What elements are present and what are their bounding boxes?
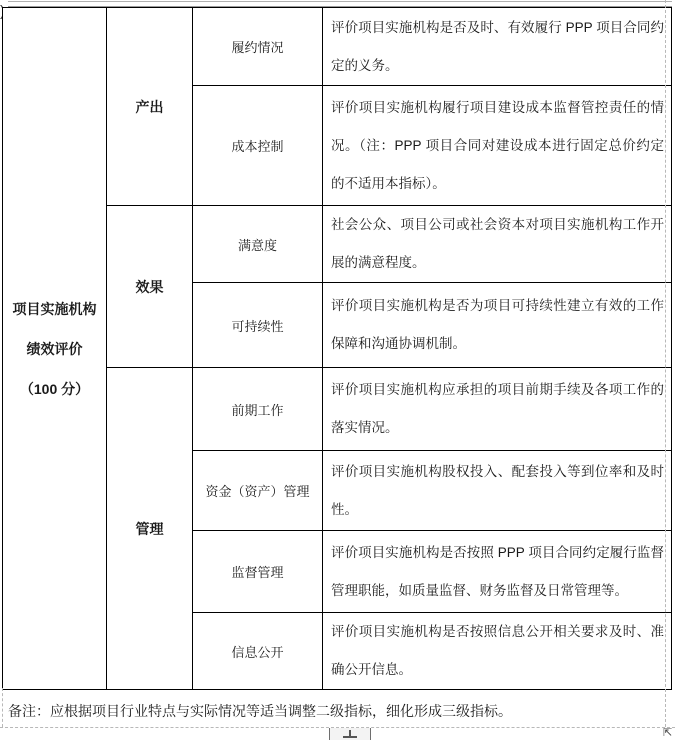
indicator-cell: 履约情况 bbox=[193, 8, 323, 86]
description-cell: 评价项目实施机构是否及时、有效履行 PPP 项目合同约定的义务。 bbox=[323, 8, 672, 86]
indicator-cell: 监督管理 bbox=[193, 531, 323, 613]
plus-icon bbox=[330, 728, 370, 740]
remark-note: 备注：应根据项目行业特点与实际情况等适当调整二级指标，细化形成三级指标。 bbox=[8, 701, 658, 721]
text-boundary-left bbox=[2, 688, 3, 727]
document-page: ) 项目实施机构 绩效评价 （100 分） 产出 履约情况 评价项目实施机构是否… bbox=[0, 0, 675, 740]
category-cell-effect: 效果 bbox=[107, 206, 193, 368]
indicator-cell: 信息公开 bbox=[193, 613, 323, 690]
group-header-cell: 项目实施机构 绩效评价 （100 分） bbox=[3, 8, 107, 690]
indicator-cell: 可持续性 bbox=[193, 283, 323, 368]
category-cell-management: 管理 bbox=[107, 368, 193, 690]
evaluation-table-grid: 项目实施机构 绩效评价 （100 分） 产出 履约情况 评价项目实施机构是否及时… bbox=[2, 7, 672, 690]
indicator-cell: 资金（资产）管理 bbox=[193, 451, 323, 531]
description-cell: 评价项目实施机构股权投入、配套投入等到位率和及时性。 bbox=[323, 451, 672, 531]
group-title-line2: 绩效评价 bbox=[4, 329, 105, 369]
description-cell: 社会公众、项目公司或社会资本对项目实施机构工作开展的满意程度。 bbox=[323, 206, 672, 283]
table-add-control[interactable] bbox=[329, 728, 371, 740]
description-cell: 评价项目实施机构是否按照信息公开相关要求及时、准确公开信息。 bbox=[323, 613, 672, 690]
description-cell: 评价项目实施机构是否按照 PPP 项目合同约定履行监督管理职能，如质量监督、财务… bbox=[323, 531, 672, 613]
evaluation-table: 项目实施机构 绩效评价 （100 分） 产出 履约情况 评价项目实施机构是否及时… bbox=[2, 7, 672, 690]
text-boundary-right bbox=[665, 0, 666, 727]
description-cell: 评价项目实施机构履行项目建设成本监督管控责任的情况。（注：PPP 项目合同对建设… bbox=[323, 86, 672, 206]
category-cell-output: 产出 bbox=[107, 8, 193, 206]
indicator-cell: 满意度 bbox=[193, 206, 323, 283]
table-row: 项目实施机构 绩效评价 （100 分） 产出 履约情况 评价项目实施机构是否及时… bbox=[3, 8, 672, 86]
group-title-line3: （100 分） bbox=[4, 369, 105, 409]
group-title-line1: 项目实施机构 bbox=[4, 289, 105, 329]
description-cell: 评价项目实施机构应承担的项目前期手续及各项工作的落实情况。 bbox=[323, 368, 672, 451]
indicator-cell: 前期工作 bbox=[193, 368, 323, 451]
resize-corner-icon[interactable]: ⇱ bbox=[663, 727, 672, 740]
indicator-cell: 成本控制 bbox=[193, 86, 323, 206]
description-cell: 评价项目实施机构是否为项目可持续性建立有效的工作保障和沟通协调机制。 bbox=[323, 283, 672, 368]
